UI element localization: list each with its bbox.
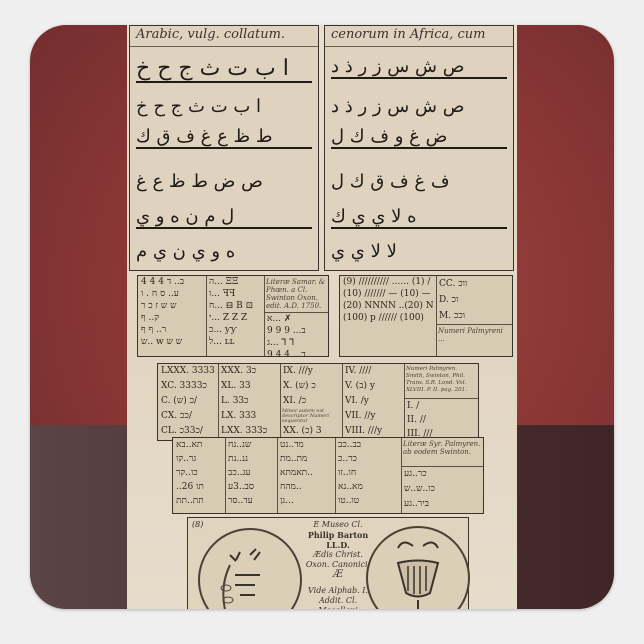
table-line: כו..קר xyxy=(173,466,225,480)
script-row: ص ض ط ظ ع غ xyxy=(136,171,312,192)
table-note: Minor autem est descriptor Numeri sequen… xyxy=(280,409,342,424)
table-line: X. (ש) כ xyxy=(280,379,342,394)
table-line: L. כ33 xyxy=(218,394,280,409)
palmyrene-numerals-table: (9) ////////// ...... (1) / (10) ///////… xyxy=(339,275,513,357)
table-line: ר.. ף ף xyxy=(138,324,206,336)
table-line: (9) ////////// ...... (1) / xyxy=(340,276,436,288)
caption-line: Philip Barton LL.D. xyxy=(298,530,378,550)
script-row: ط ظ ع غ ف ق ك xyxy=(136,126,312,149)
coin-section: (8) E Museo Cl. Philip Barton LL.D. Ædis… xyxy=(187,517,469,609)
table-line: סב..3ע xyxy=(225,480,277,494)
table-line: LX. 333 xyxy=(218,409,280,424)
table-note: Numeri Palmyreni ... xyxy=(436,324,512,345)
script-row: ص ش س ز ر ذ د xyxy=(331,96,507,117)
table-line: ש.. w ש ש xyxy=(138,336,206,348)
script-row: ف غ ف ق ك ل xyxy=(331,171,507,192)
script-row: ل م ن ه و ي xyxy=(136,206,312,229)
script-row: ه و ي ن ي م xyxy=(136,241,312,262)
table-line: (20) NNNN ..(20) N xyxy=(340,300,436,312)
hebrew-pairs-table: תא..בא גר..קו כו..קר ..26 תו תת..תת שנ..… xyxy=(172,437,484,514)
table-line: I. / xyxy=(404,399,478,413)
table-line: VI. /y xyxy=(342,394,404,409)
samaritan-letters-table: ב.. ד 4 4 4 ע.. ס ח . ו ש ש ז כ ר ק.. ף … xyxy=(137,275,329,357)
table-line: CX. ככ/ xyxy=(158,409,218,424)
table-line: VII. //y xyxy=(342,409,404,424)
table-note: Literæ Syr. Palmyren. ab eodem Swinton. xyxy=(401,438,483,467)
table-line: V. (ב) y xyxy=(342,379,404,394)
table-line: ק.. ף xyxy=(138,312,206,324)
table-line: שנ..נח xyxy=(225,438,277,452)
table-line: ע.. ס ח . ו xyxy=(138,288,206,300)
table-line: כ... ƴƴ xyxy=(206,324,264,336)
coin-caption-top: E Museo Cl. Philip Barton LL.D. Ædis Chr… xyxy=(298,520,378,570)
table-line: C. (ש) כ/ xyxy=(158,394,218,409)
table-line: א... ✗ xyxy=(264,313,328,325)
table-line: עג..כב xyxy=(225,466,277,480)
sticker: Arabic, vulg. collatum. ا ب ت ث ج ح خ ا … xyxy=(30,25,614,609)
table-line: II. // xyxy=(404,413,478,427)
panel-caption: Arabic, vulg. collatum. xyxy=(130,26,318,47)
script-row: لا لا ي ي xyxy=(331,241,507,262)
table-line: חו..זו xyxy=(335,466,401,480)
table-line: M. וככ xyxy=(436,308,512,324)
table-line: מא..נא xyxy=(335,480,401,494)
caption-line: E Museo Cl. xyxy=(298,520,378,530)
table-line: תת..תת xyxy=(173,494,225,508)
table-line: (10) /////// — (10) — xyxy=(340,288,436,300)
table-line: ביר..גע xyxy=(401,497,483,512)
chalice-icon xyxy=(368,528,468,609)
table-line: מת..מת xyxy=(277,452,335,466)
table-line: ו... ꟻꟻ xyxy=(206,288,264,300)
coin-reverse xyxy=(366,526,470,609)
table-line: ל... ʟʟ xyxy=(206,336,264,348)
table-line: גר..קו xyxy=(173,452,225,466)
coin-caption-bottom: Vide Alphab. I. Addit. Cl. Mosellani xyxy=(298,586,378,609)
script-row: ا ب ت ث ج ح خ xyxy=(136,96,312,117)
table-line: ש ש ז כ ר xyxy=(138,300,206,312)
table-line: תא..בא xyxy=(173,438,225,452)
coin-obverse xyxy=(198,528,302,609)
table-line: מהח.. xyxy=(277,480,335,494)
table-line: כו..ש..ש xyxy=(401,482,483,497)
table-line: ב... 9 9 9 xyxy=(264,325,328,337)
table-line: בב..כב xyxy=(335,438,401,452)
table-line: ד... 4 4 9 xyxy=(264,349,328,361)
table-line: XL. 33 xyxy=(218,379,280,394)
coin-center-mark: Æ xyxy=(318,570,358,580)
table-line: IV. //// xyxy=(342,364,404,379)
wreath-icon xyxy=(200,530,300,609)
caption-line: Addit. Cl. Mosellani xyxy=(298,596,378,609)
engraved-plate: Arabic, vulg. collatum. ا ب ت ث ج ح خ ا … xyxy=(127,25,517,609)
table-line: (100) p ////// (100) xyxy=(340,312,436,324)
table-note: Numeri Palmyren. Smith, Swinton, Phil. T… xyxy=(404,364,478,399)
table-line: י... Z Z Z xyxy=(206,312,264,324)
table-line: תאמתא.. xyxy=(277,466,335,480)
panel-caption: cenorum in Africa, cum xyxy=(325,26,513,47)
table-line: כר..כ xyxy=(335,452,401,466)
script-row: ه لا ي ي ك xyxy=(331,206,507,229)
table-line: כר..גע xyxy=(401,467,483,482)
table-line: CC. ווכ xyxy=(436,276,512,292)
table-line: IX. ///y xyxy=(280,364,342,379)
roman-numerals-table: LXXX. 3333 XC. כ3333 C. (ש) כ/ CX. ככ/ C… xyxy=(157,363,479,441)
script-row: ا ب ت ث ج ح خ xyxy=(136,56,312,83)
table-line: ננ..נת xyxy=(225,452,277,466)
african-alphabet-panel: cenorum in Africa, cum ص ش س ز ر ذ د ص ش… xyxy=(324,25,514,271)
arabic-alphabet-panel: Arabic, vulg. collatum. ا ب ت ث ج ح خ ا … xyxy=(129,25,319,271)
table-line: XXX. כ3 xyxy=(218,364,280,379)
table-line: נן... xyxy=(277,494,335,508)
table-line: ב.. ד 4 4 4 xyxy=(138,276,206,288)
table-line: ח... ⊟ B ⊡ xyxy=(206,300,264,312)
table-line: XI. /כ xyxy=(280,394,342,409)
table-note: Literæ Samar. & Phœn. a Cl. Swinton Oxon… xyxy=(264,276,328,313)
table-line: ה... ΞΞ xyxy=(206,276,264,288)
caption-line: Ædis Christ. xyxy=(298,550,378,560)
plate-number: (8) xyxy=(192,520,203,529)
table-line: XC. כ3333 xyxy=(158,379,218,394)
table-line: LXXX. 3333 xyxy=(158,364,218,379)
table-line: טו..טו xyxy=(335,494,401,508)
script-row: ض غ و ف ك ل xyxy=(331,126,507,149)
table-line: D. וכ xyxy=(436,292,512,308)
table-line: ..26 תו xyxy=(173,480,225,494)
table-line: מד..נט xyxy=(277,438,335,452)
table-line: עד..סר xyxy=(225,494,277,508)
script-row: ص ش س ز ر ذ د xyxy=(331,56,507,79)
table-line: ג... ꓶ ꓶ xyxy=(264,337,328,349)
